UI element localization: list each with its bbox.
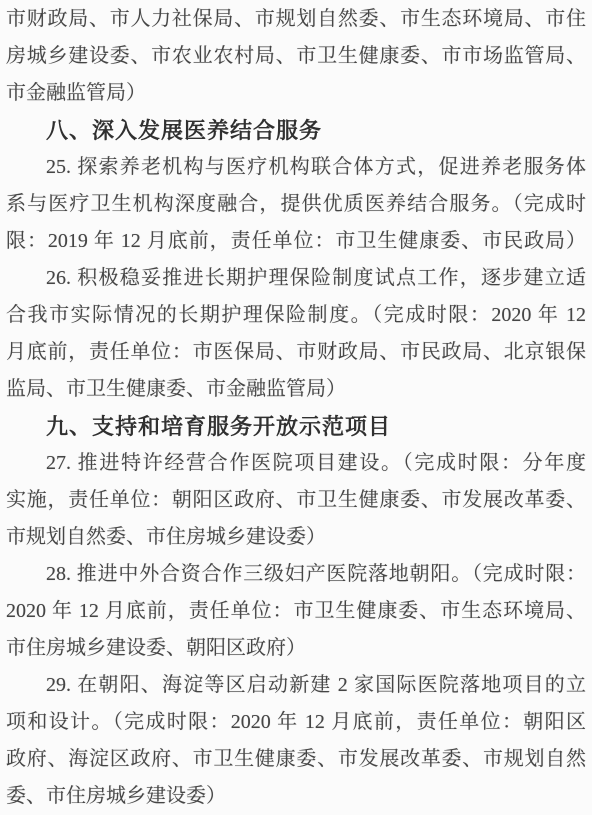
section-8-heading: 八、深入发展医养结合服务 <box>6 112 586 149</box>
text-line: 系与医疗卫生机构深度融合，提供优质医养结合服务。（完成时 <box>6 186 586 223</box>
text-line: 27. 推进特许经营合作医院项目建设。（完成时限：分年度 <box>6 445 586 482</box>
text-line: 28. 推进中外合资合作三级妇产医院落地朝阳。（完成时限： <box>6 556 586 593</box>
text-line: 实施，责任单位：朝阳区政府、市卫生健康委、市发展改革委、 <box>6 482 586 519</box>
text-line: 限：2019 年 12 月底前，责任单位：市卫生健康委、市民政局） <box>6 223 586 260</box>
text-line: 房城乡建设委、市农业农村局、市卫生健康委、市市场监管局、 <box>6 38 586 75</box>
text-line: 政府、海淀区政府、市卫生健康委、市发展改革委、市规划自然 <box>6 741 586 778</box>
text-line: 监局、市卫生健康委、市金融监管局） <box>6 371 586 408</box>
text-line: 2020 年 12 月底前，责任单位：市卫生健康委、市生态环境局、 <box>6 593 586 630</box>
text-line: 市规划自然委、市住房城乡建设委） <box>6 519 586 556</box>
text-line: 委、市住房城乡建设委） <box>6 778 586 815</box>
document-page: 市财政局、市人力社保局、市规划自然委、市生态环境局、市住 房城乡建设委、市农业农… <box>0 0 592 815</box>
text-line: 项和设计。（完成时限：2020 年 12 月底前，责任单位：朝阳区 <box>6 704 586 741</box>
text-line: 合我市实际情况的长期护理保险制度。（完成时限：2020 年 12 <box>6 297 586 334</box>
text-line: 市金融监管局） <box>6 75 586 112</box>
section-9-heading: 九、支持和培育服务开放示范项目 <box>6 408 586 445</box>
text-line: 26. 积极稳妥推进长期护理保险制度试点工作，逐步建立适 <box>6 260 586 297</box>
text-line: 月底前，责任单位：市医保局、市财政局、市民政局、北京银保 <box>6 334 586 371</box>
text-line: 29. 在朝阳、海淀等区启动新建 2 家国际医院落地项目的立 <box>6 667 586 704</box>
text-line: 25. 探索养老机构与医疗机构联合体方式，促进养老服务体 <box>6 149 586 186</box>
text-line: 市财政局、市人力社保局、市规划自然委、市生态环境局、市住 <box>6 1 586 38</box>
text-line: 市住房城乡建设委、朝阳区政府） <box>6 630 586 667</box>
